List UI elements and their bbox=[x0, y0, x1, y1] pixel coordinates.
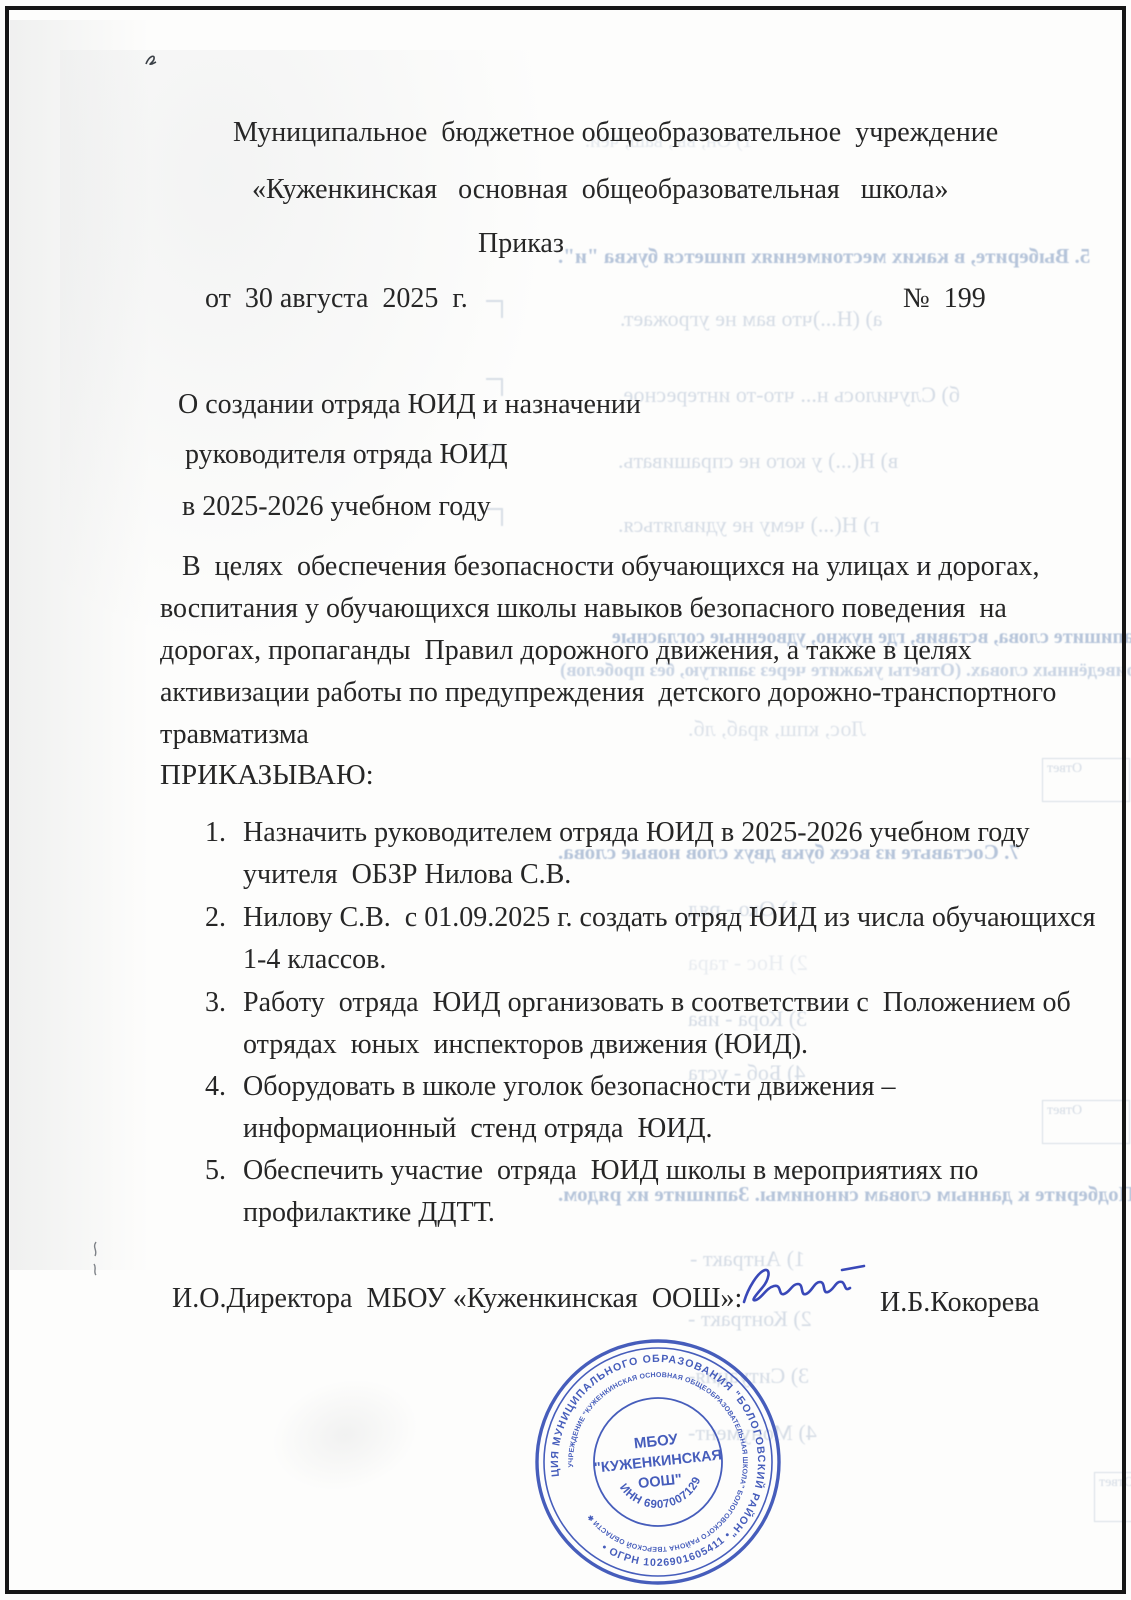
item-5-num: 5. bbox=[205, 1156, 226, 1185]
preamble-line5: травматизма bbox=[160, 720, 309, 749]
ghost-task-5: 5. Выберите, в каких местоимениях пишетс… bbox=[558, 244, 1090, 269]
scan-smudge bbox=[258, 1362, 431, 1507]
item-1-line2: учителя ОБЗР Нилова С.В. bbox=[243, 860, 571, 889]
ghost-option-v: в) Н(...) у кого не спрашивать. bbox=[618, 448, 898, 474]
doc-type-title: Приказ bbox=[478, 229, 564, 258]
subject-line1: О создании отряда ЮИД и назначении bbox=[178, 390, 641, 419]
ghost-pair-2: 2) Нос - тара bbox=[688, 950, 808, 976]
stamp-center-line3: ООШ" bbox=[637, 1472, 682, 1493]
signature-name: И.Б.Кокорева bbox=[880, 1288, 1039, 1317]
org-name-line2: «Куженкинская основная общеобразовательн… bbox=[252, 175, 949, 204]
preamble-line4: активизации работы по предупреждения дет… bbox=[160, 678, 1056, 707]
item-2-line1: Нилову С.В. с 01.09.2025 г. создать отря… bbox=[243, 903, 1096, 932]
org-name-line1: Муниципальное бюджетное общеобразователь… bbox=[233, 118, 998, 147]
subject-line3: в 2025-2026 учебном году bbox=[182, 492, 491, 521]
item-2-num: 2. bbox=[205, 903, 226, 932]
stamp-center-line2: "КУЖЕНКИНСКАЯ bbox=[593, 1447, 722, 1476]
item-1-num: 1. bbox=[205, 818, 226, 847]
preamble-line3: дорогах, пропаганды Правил дорожного дви… bbox=[160, 636, 972, 665]
ghost-tick bbox=[486, 300, 503, 318]
item-5-line1: Обеспечить участие отряда ЮИД школы в ме… bbox=[243, 1156, 978, 1185]
item-3-line2: отрядах юных инспекторов движения (ЮИД). bbox=[243, 1030, 808, 1059]
preamble-line2: воспитания у обучающихся школы навыков б… bbox=[160, 594, 1007, 623]
ghost-option-b: б) Случилось н... что-то интересное. bbox=[618, 382, 960, 408]
order-word: ПРИКАЗЫВАЮ: bbox=[160, 760, 374, 790]
ghost-option-g: г) Н(...) чему не удивляться. bbox=[618, 512, 880, 538]
ghost-answer-box: Ответ bbox=[1042, 758, 1130, 802]
preamble-line1: В целях обеспечения безопасности обучающ… bbox=[182, 552, 1040, 581]
ghost-answer-box: Ответ bbox=[1042, 1100, 1130, 1144]
ghost-answer-box: Ответ bbox=[1094, 1472, 1131, 1522]
item-1-line1: Назначить руководителем отряда ЮИД в 202… bbox=[243, 818, 1030, 847]
stamp-center-line1: МБОУ bbox=[633, 1431, 679, 1453]
subject-line2: руководителя отряда ЮИД bbox=[185, 440, 508, 469]
signature-title: И.О.Директора МБОУ «Куженкинская ООШ»: bbox=[172, 1284, 742, 1313]
scanned-document-page: 1) Он, вы, ваш, чей. 5. Выберите, в каки… bbox=[0, 0, 1131, 1600]
item-3-line1: Работу отряда ЮИД организовать в соответ… bbox=[243, 988, 1071, 1017]
item-4-line1: Оборудовать в школе уголок безопасности … bbox=[243, 1072, 896, 1101]
item-2-line2: 1-4 классов. bbox=[243, 945, 386, 974]
doc-number: № 199 bbox=[903, 284, 986, 313]
ghost-words: Лос, кпш, яраб, лб. bbox=[688, 716, 866, 742]
item-4-num: 4. bbox=[205, 1072, 226, 1101]
item-3-num: 3. bbox=[205, 988, 226, 1017]
pen-mark-left bbox=[86, 1238, 106, 1278]
item-5-line2: профилактике ДДТТ. bbox=[243, 1198, 495, 1227]
ghost-option-a: а) (Н...)что вам не угрожает. bbox=[620, 306, 883, 332]
official-round-stamp: АДМИНИСТРАЦИЯ МУНИЦИПАЛЬНОГО ОБРАЗОВАНИЯ… bbox=[515, 1319, 801, 1600]
item-4-line2: информационный стенд отряда ЮИД. bbox=[243, 1114, 713, 1143]
pen-mark-top bbox=[142, 50, 160, 70]
signature-ink bbox=[738, 1258, 873, 1318]
doc-date: от 30 августа 2025 г. bbox=[205, 284, 468, 313]
